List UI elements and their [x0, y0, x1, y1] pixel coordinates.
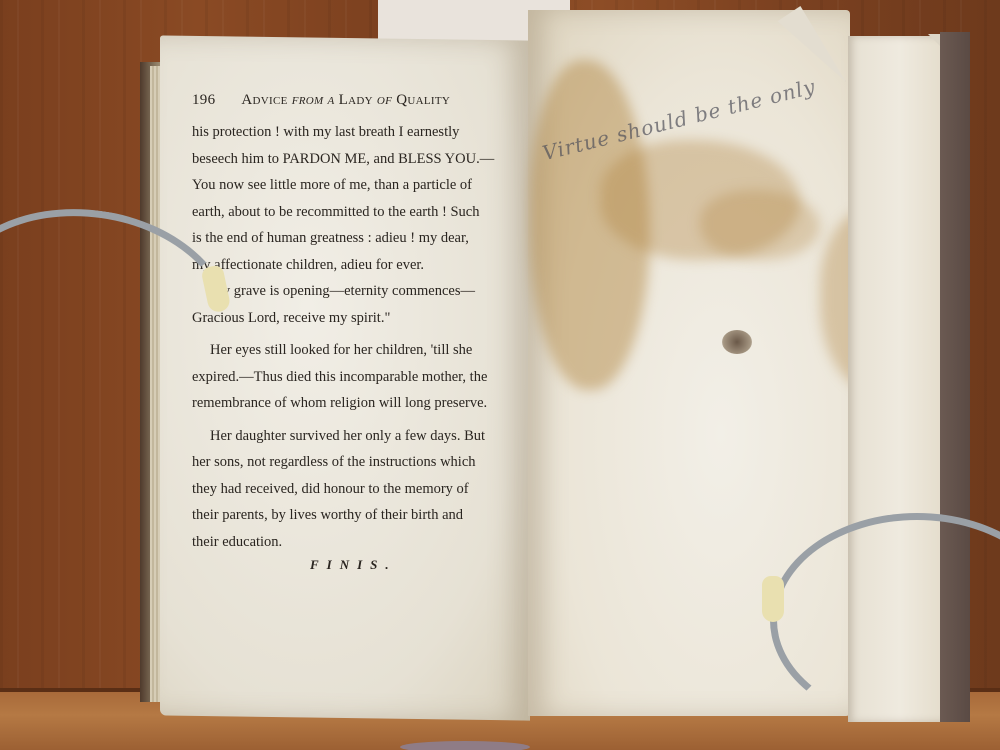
title-a: a — [328, 92, 335, 108]
title-from: from — [292, 92, 324, 108]
text-line: his protection ! with my last breath I e… — [192, 119, 502, 146]
text-line: earth, about to be recommitted to the ea… — [192, 199, 502, 226]
water-stain — [700, 190, 820, 260]
text-line: expired.—Thus died this incomparable mot… — [192, 364, 502, 391]
text-line: their parents, by lives worthy of their … — [192, 502, 502, 529]
title-advice: Advice — [241, 92, 287, 108]
text-line: Her daughter survived her only a few day… — [192, 423, 502, 450]
text-line: they had received, did honour to the mem… — [192, 476, 502, 503]
book-cradle — [400, 741, 530, 750]
text-line: My grave is opening—eternity commences— — [192, 278, 502, 305]
page-weight-tip-right — [762, 576, 784, 622]
text-line: Her eyes still looked for her children, … — [192, 337, 502, 364]
text-line: beseech him to PARDON ME, and BLESS YOU.… — [192, 146, 502, 173]
text-line: remembrance of whom religion will long p… — [192, 390, 502, 417]
title-quality: Quality — [396, 92, 450, 108]
page-number: 196 — [192, 92, 215, 109]
dark-spot — [722, 330, 752, 354]
text-line: is the end of human greatness : adieu ! … — [192, 225, 502, 252]
text-line: You now see little more of me, than a pa… — [192, 172, 502, 199]
title-lady: Lady — [339, 92, 373, 108]
text-line: Gracious Lord, receive my spirit." — [192, 305, 502, 332]
text-line: their education. — [192, 529, 502, 556]
text-line: her sons, not regardless of the instruct… — [192, 449, 502, 476]
finis-mark: FINIS. — [192, 557, 502, 573]
book-title: Advice from a Lady of Quality — [241, 92, 450, 109]
text-line: my affectionate children, adieu for ever… — [192, 252, 502, 279]
left-page-text: 196 Advice from a Lady of Quality his pr… — [192, 92, 502, 573]
title-of: of — [377, 92, 392, 108]
running-head: 196 Advice from a Lady of Quality — [192, 92, 502, 109]
